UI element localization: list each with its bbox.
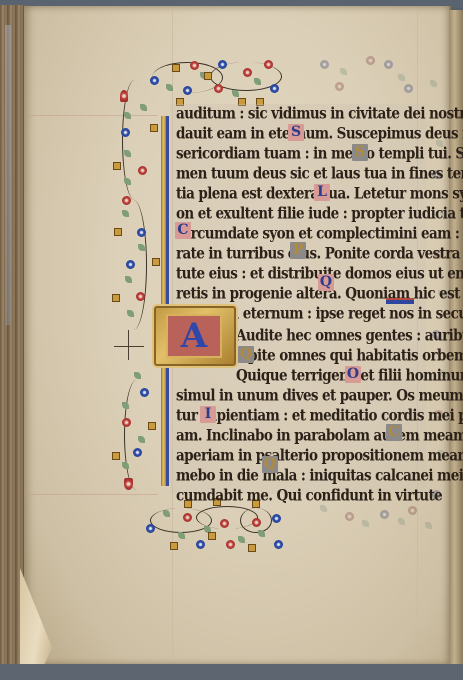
- blue-flower: [196, 540, 205, 549]
- ghost-leaf: [340, 68, 347, 75]
- red-flower: [122, 418, 131, 427]
- blue-flower: [150, 76, 159, 85]
- manuscript-photo: auditum : sic vidimus in civitate dei no…: [0, 0, 463, 680]
- ghost-leaf: [425, 522, 432, 529]
- blue-flower: [121, 128, 130, 137]
- ghost-leaf: [398, 518, 405, 525]
- initial-P-gold: P: [290, 242, 306, 259]
- background-bottom: [0, 664, 463, 680]
- initial-S-gold: S: [352, 144, 368, 161]
- initial-S-blue: S: [288, 124, 304, 141]
- initial-I-blue: I: [200, 406, 216, 423]
- red-flower: [183, 513, 192, 522]
- red-flower: [122, 196, 131, 205]
- ivy-leaf: [138, 244, 145, 251]
- gold-bud: [170, 542, 178, 550]
- initial-letter: A: [168, 316, 220, 356]
- text-line: cumdabit me. Qui confidunt in virtute: [176, 484, 442, 508]
- blue-flower: [133, 448, 142, 457]
- initial-O-blue: O: [345, 366, 361, 383]
- ivy-leaf: [238, 536, 245, 543]
- blue-flower: [140, 388, 149, 397]
- ghost-flower: [366, 56, 375, 65]
- blue-flower: [218, 60, 227, 69]
- gold-bud: [152, 258, 160, 266]
- ruling-line: [28, 494, 158, 495]
- edge-highlight: [5, 25, 11, 325]
- initial-C-blue: C: [175, 222, 191, 239]
- ivy-leaf: [178, 532, 185, 539]
- red-bud: [120, 90, 128, 102]
- ghost-leaf: [398, 74, 405, 81]
- gold-bud: [172, 64, 180, 72]
- blue-flower: [137, 228, 146, 237]
- red-flower: [243, 68, 252, 77]
- blue-flower: [126, 260, 135, 269]
- ghost-flower: [404, 84, 413, 93]
- gold-bud: [113, 162, 121, 170]
- ghost-flower: [380, 510, 389, 519]
- gold-bud: [248, 544, 256, 552]
- blue-flower: [146, 524, 155, 533]
- book-fore-edge: [0, 5, 26, 665]
- red-flower: [190, 61, 199, 70]
- ivy-leaf: [232, 90, 239, 97]
- gold-bud: [150, 124, 158, 132]
- gold-bud: [148, 422, 156, 430]
- red-flower: [138, 166, 147, 175]
- initial-Q-gold: Q: [238, 346, 254, 363]
- red-flower: [264, 60, 273, 69]
- line-filler: [386, 298, 414, 304]
- ivy-leaf: [138, 436, 145, 443]
- ivy-leaf: [254, 78, 261, 85]
- ghost-leaf: [430, 80, 437, 87]
- ghost-leaf: [362, 520, 369, 527]
- ivy-leaf: [125, 276, 132, 283]
- blue-inner-bar: [166, 116, 169, 486]
- ivy-leaf: [122, 402, 129, 409]
- red-flower: [136, 292, 145, 301]
- ivy-leaf: [124, 178, 131, 185]
- ivy-leaf: [124, 150, 131, 157]
- ivy-leaf: [124, 112, 131, 119]
- gold-bud: [208, 532, 216, 540]
- gold-bud: [114, 228, 122, 236]
- initial-Q-gold: Q: [262, 456, 278, 473]
- ghost-flower: [320, 60, 329, 69]
- ivy-leaf: [258, 530, 265, 537]
- gold-bud: [112, 452, 120, 460]
- red-flower: [226, 540, 235, 549]
- ghost-flower: [335, 82, 344, 91]
- red-flower: [252, 518, 261, 527]
- ivy-leaf: [163, 510, 170, 517]
- ivy-leaf: [122, 462, 129, 469]
- ghost-flower: [384, 60, 393, 69]
- ghost-flower: [345, 512, 354, 521]
- red-bud: [124, 478, 133, 490]
- initial-field: A: [166, 314, 222, 358]
- blue-flower: [270, 84, 279, 93]
- gold-border-bar: [161, 116, 166, 486]
- initial-C-gold: C: [386, 424, 402, 441]
- ivy-leaf: [127, 310, 134, 317]
- ivy-leaf: [134, 372, 141, 379]
- red-flower: [214, 84, 223, 93]
- blue-flower: [272, 514, 281, 523]
- ivy-leaf: [122, 210, 129, 217]
- hairline-cross: [114, 346, 144, 347]
- gold-bud: [204, 72, 212, 80]
- historiated-initial-A: A: [154, 306, 236, 366]
- gold-bud: [112, 294, 120, 302]
- blue-flower: [274, 540, 283, 549]
- ivy-leaf: [140, 104, 147, 111]
- initial-L-blue: L: [314, 184, 330, 201]
- ivy-leaf: [166, 84, 173, 91]
- initial-Q-blue: Q: [318, 274, 334, 291]
- red-flower: [220, 519, 229, 528]
- hairline-cross: [128, 330, 129, 360]
- blue-flower: [183, 86, 192, 95]
